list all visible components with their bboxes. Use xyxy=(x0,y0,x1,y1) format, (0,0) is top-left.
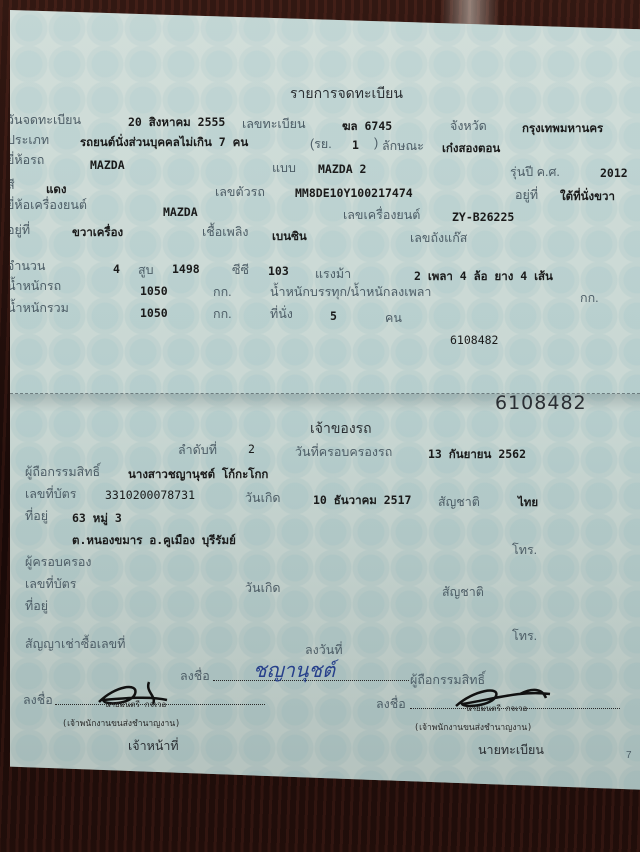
address-label: ที่อยู่ xyxy=(25,506,48,526)
model-label: แบบ xyxy=(272,158,296,178)
officer-position: (เจ้าพนักงานขนส่งชำนาญงาน) xyxy=(62,716,180,730)
holder-name-value: นางสาวชญานุชต์ โก้กะโกก xyxy=(128,466,268,484)
possessor-id-label: เลขที่บัตร xyxy=(25,574,76,594)
engine-brand-value: MAZDA xyxy=(163,205,198,219)
load-weight-label: น้ำหนักบรรทุก/น้ำหนักลงเพลา xyxy=(270,282,431,302)
province-label: จังหวัด xyxy=(450,116,487,136)
type-value: รถยนต์นั่งส่วนบุคคลไม่เกิน 7 คน xyxy=(80,134,248,152)
style-label: ลักษณะ xyxy=(382,136,424,156)
dob-value: 10 ธันวาคม 2517 xyxy=(313,492,411,510)
year-label: รุ่นปี ค.ศ. xyxy=(510,162,560,182)
possessor-dob-label: วันเกิด xyxy=(245,578,281,598)
lease-contract-label: สัญญาเช่าซื้อเลขที่ xyxy=(25,634,125,654)
plate-value: ฆล 6745 xyxy=(342,118,392,136)
registrar-role-label: นายทะเบียน xyxy=(478,740,544,760)
printed-serial-number: 6108482 xyxy=(495,392,587,414)
id-number-value: 3310200078731 xyxy=(105,488,195,502)
seats-unit: คน xyxy=(385,308,402,328)
registrar-printed-name: นายมนตรี กจเวอ xyxy=(466,702,527,715)
cylinder-unit: สูบ xyxy=(138,260,154,280)
order-label: ลำดับที่ xyxy=(178,440,217,460)
page-title: รายการจดทะเบียน xyxy=(290,83,403,105)
ry-label: (รย. xyxy=(310,134,332,154)
weight-label: น้ำหนักรถ xyxy=(10,276,61,296)
order-value: 2 xyxy=(248,442,255,456)
engine-location-label: อยู่ที่ xyxy=(10,220,30,240)
axles-wheels-value: 2 เพลา 4 ล้อ ยาง 4 เส้น xyxy=(414,268,553,286)
nationality-label: สัญชาติ xyxy=(438,492,480,512)
owner-section-title: เจ้าของรถ xyxy=(310,418,372,440)
brand-label: ยี่ห้อรถ xyxy=(10,150,44,170)
possessor-label: ผู้ครอบครอง xyxy=(25,552,92,572)
possession-date-value: 13 กันยายน 2562 xyxy=(428,446,526,464)
officer-role-label: เจ้าหน้าที่ xyxy=(128,736,179,756)
holder-handwritten-signature: ชญานุชต์ xyxy=(253,654,335,686)
possessor-nationality-label: สัญชาติ xyxy=(442,582,484,602)
cylinders-value: 4 xyxy=(113,262,120,276)
officer-printed-name: นายมนตรี กจเวอ xyxy=(105,698,166,711)
possessor-address-label: ที่อยู่ xyxy=(25,596,48,616)
gas-tank-label: เลขถังแก๊ส xyxy=(410,228,467,248)
gross-weight-label: น้ำหนักรวม xyxy=(10,298,69,318)
chassis-value: MM8DE10Y100217474 xyxy=(295,186,413,200)
count-label: จำนวน xyxy=(10,256,45,276)
reg-date-value: 20 สิงหาคม 2555 xyxy=(128,114,225,132)
style-value: เก๋งสองตอน xyxy=(442,140,500,158)
hp-value: 103 xyxy=(268,264,289,278)
ry-close: ) xyxy=(374,136,378,150)
address-line1: 63 หมู่ 3 xyxy=(72,510,122,528)
document-serial: 6108482 xyxy=(450,333,498,347)
weight-value: 1050 xyxy=(140,284,168,298)
ry-value: 1 xyxy=(352,138,359,152)
year-value: 2012 xyxy=(600,166,628,180)
reg-date-label: วันจดทะเบียน xyxy=(10,110,81,130)
engine-location-value: ขวาเครื่อง xyxy=(72,224,123,242)
type-label: ประเภท xyxy=(10,130,49,150)
color-label: สี xyxy=(10,175,15,195)
seats-label: ที่นั่ง xyxy=(270,304,293,324)
nationality-value: ไทย xyxy=(518,494,538,512)
id-number-label: เลขที่บัตร xyxy=(25,484,76,504)
chassis-location-value: ใต้ที่นั่งขวา xyxy=(560,188,615,206)
engine-brand-label: ยี่ห้อเครื่องยนต์ xyxy=(10,195,87,215)
plate-label: เลขทะเบียน xyxy=(242,114,306,134)
possession-date-label: วันที่ครอบครองรถ xyxy=(295,442,392,462)
chassis-label: เลขตัวรถ xyxy=(215,182,265,202)
model-value: MAZDA 2 xyxy=(318,162,366,176)
officer-sign-label: ลงชื่อ xyxy=(23,690,53,710)
province-value: กรุงเทพมหานคร xyxy=(522,120,603,138)
engine-number-value: ZY-B26225 xyxy=(452,210,514,224)
fuel-label: เชื้อเพลิง xyxy=(202,222,249,242)
dob-label: วันเกิด xyxy=(245,488,281,508)
engine-number-label: เลขเครื่องยนต์ xyxy=(343,205,420,225)
holder-label: ผู้ถือกรรมสิทธิ์ xyxy=(25,462,100,482)
registration-book-page: รายการจดทะเบียน วันจดทะเบียน 20 สิงหาคม … xyxy=(10,10,640,790)
seats-value: 5 xyxy=(330,309,337,323)
page-number: 7 xyxy=(626,750,632,761)
load-weight-unit: กก. xyxy=(580,288,599,308)
cc-value: 1498 xyxy=(172,262,200,276)
registrar-sign-label: ลงชื่อ xyxy=(376,694,406,714)
holder-sign-label: ลงชื่อ xyxy=(180,666,210,686)
gross-weight-unit: กก. xyxy=(213,304,232,324)
brand-value: MAZDA xyxy=(90,158,125,172)
registrar-position: (เจ้าพนักงานขนส่งชำนาญงาน) xyxy=(414,720,532,734)
fuel-value: เบนซิน xyxy=(272,228,307,246)
weight-unit: กก. xyxy=(213,282,232,302)
chassis-location-label: อยู่ที่ xyxy=(515,185,538,205)
hp-unit: แรงม้า xyxy=(315,264,351,284)
possessor-phone-label: โทร. xyxy=(512,626,537,646)
owner-phone-label: โทร. xyxy=(512,540,537,560)
address-line2: ต.หนองขมาร อ.คูเมือง บุรีรัมย์ xyxy=(72,532,236,550)
cc-unit: ซีซี xyxy=(232,260,249,280)
gross-weight-value: 1050 xyxy=(140,306,168,320)
